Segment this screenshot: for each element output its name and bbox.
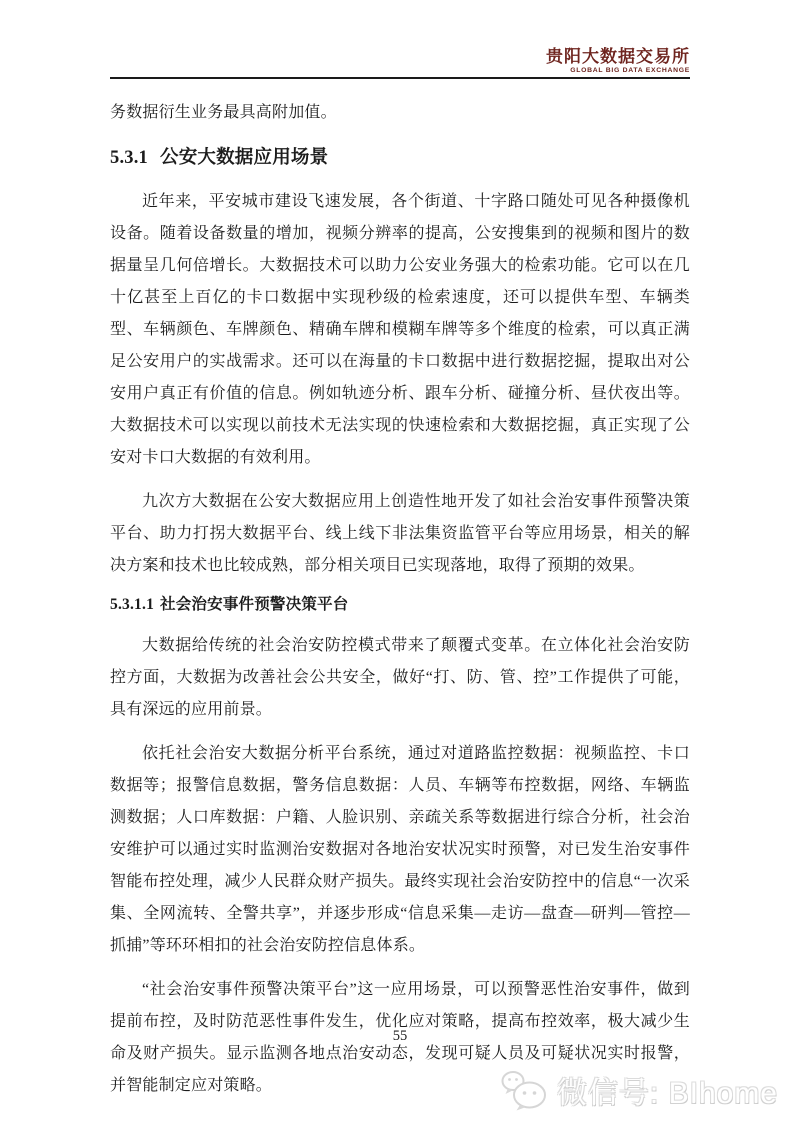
paragraph: 依托社会治安大数据分析平台系统，通过对道路监控数据：视频监控、卡口数据等；报警信… (110, 738, 690, 962)
subsection-title: 社会治安事件预警决策平台 (160, 596, 348, 613)
document-body: 务数据衍生业务最具高附加值。 5.3.1公安大数据应用场景 近年来，平安城市建设… (110, 97, 690, 1114)
subsection-number: 5.3.1.1 (110, 596, 154, 613)
section-heading-5-3-1: 5.3.1公安大数据应用场景 (110, 145, 690, 170)
page-number: 55 (0, 1028, 800, 1045)
exchange-logo-subtitle: GLOBAL BIG DATA EXCHANGE (110, 66, 690, 75)
page-header: 贵阳大数据交易所 GLOBAL BIG DATA EXCHANGE (110, 47, 690, 75)
paragraph: 九次方大数据在公安大数据应用上创造性地开发了如社会治安事件预警决策平台、助力打拐… (110, 486, 690, 582)
section-number: 5.3.1 (110, 148, 148, 168)
watermark-text: 微信号: BIhome (557, 1068, 778, 1112)
section-title: 公安大数据应用场景 (160, 146, 328, 167)
document-page: 贵阳大数据交易所 GLOBAL BIG DATA EXCHANGE 务数据衍生业… (0, 0, 800, 1131)
paragraph: 大数据给传统的社会治安防控模式带来了颠覆式变革。在立体化社会治安防控方面，大数据… (110, 630, 690, 726)
subsection-heading-5-3-1-1: 5.3.1.1社会治安事件预警决策平台 (110, 594, 690, 616)
wechat-icon (500, 1068, 548, 1112)
continuation-paragraph: 务数据衍生业务最具高附加值。 (110, 97, 690, 129)
paragraph: 近年来，平安城市建设飞速发展，各个街道、十字路口随处可见各种摄像机设备。随着设备… (110, 186, 690, 474)
wechat-watermark: 微信号: BIhome (500, 1068, 778, 1112)
header-divider (110, 77, 690, 79)
exchange-logo-title: 贵阳大数据交易所 (110, 47, 690, 66)
